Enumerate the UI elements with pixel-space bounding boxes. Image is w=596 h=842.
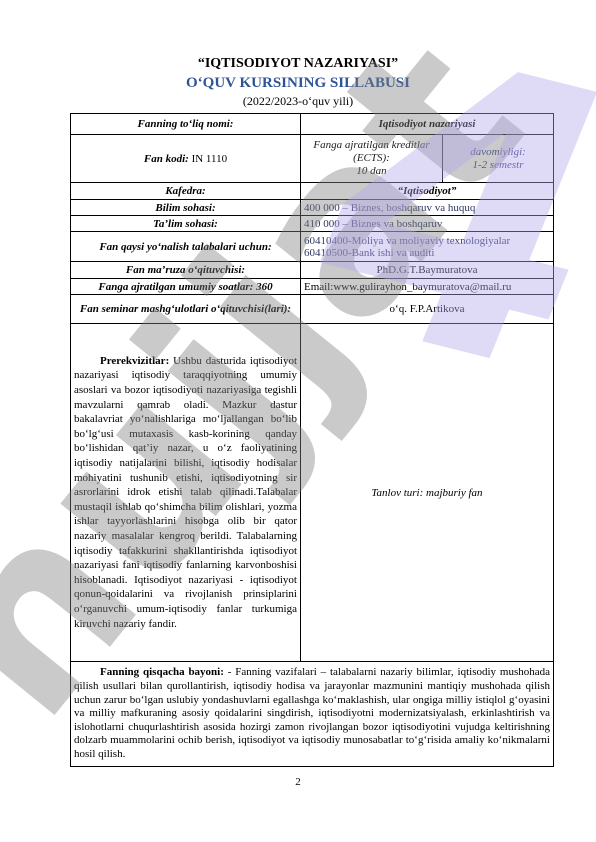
course-summary-cell: Fanning qisqacha bayoni: - Fanning vazif… (71, 662, 554, 767)
table-row: Fan qaysi yo‘nalish talabalari uchun: 60… (71, 232, 554, 262)
course-summary-text: - Fanning vazifalari – talabalarni nazar… (74, 666, 550, 760)
duration-label: davomiyligi: (446, 146, 550, 159)
table-row: Kafedra: “Iqtisodiyot” (71, 183, 554, 200)
table-row: Fan kodi: IN 1110 Fanga ajratilgan kredi… (71, 135, 554, 183)
total-hours-label: Fanga ajratilgan umumiy soatlar: 360 (71, 279, 301, 295)
academic-year: (2022/2023-o‘quv yili) (0, 93, 596, 110)
course-name-value: Iqtisodiyot nazariyasi (301, 114, 554, 135)
course-summary-lead: Fanning qisqacha bayoni: (100, 666, 224, 678)
page-number: 2 (0, 776, 596, 788)
department-label: Kafedra: (71, 183, 301, 200)
syllabus-table: Fanning to‘liq nomi: Iqtisodiyot nazariy… (70, 113, 554, 767)
prerequisites-paragraph: Prerekvizitlar: Ushbu dasturida iqtisodi… (74, 354, 297, 631)
document-header: “IQTISODIYOT NAZARIYASI” O‘QUV KURSINING… (0, 54, 596, 110)
credits-line2: (ECTS): (304, 152, 439, 165)
course-code-value: IN 1110 (192, 153, 228, 165)
department-value: “Iqtisodiyot” (301, 183, 554, 200)
course-name-label: Fanning to‘liq nomi: (71, 114, 301, 135)
prerequisites-cell: Prerekvizitlar: Ushbu dasturida iqtisodi… (71, 324, 301, 662)
seminar-teacher-label: Fan seminar mashg‘ulotlari o‘qituvchisi(… (71, 295, 301, 324)
prerequisites-lead: Prerekvizitlar: (100, 355, 169, 367)
table-row: Fanning qisqacha bayoni: - Fanning vazif… (71, 662, 554, 767)
duration-value: 1-2 semestr (446, 159, 550, 172)
document-page: “IQTISODIYOT NAZARIYASI” O‘QUV KURSINING… (0, 0, 596, 842)
directions-value-cell: 60410400-Moliya va moliyaviy texnologiya… (301, 232, 554, 262)
education-area-value: 410 000 – Biznes va boshqaruv (301, 216, 554, 232)
directions-label: Fan qaysi yo‘nalish talabalari uchun: (71, 232, 301, 262)
credits-line3: 10 dan (304, 165, 439, 178)
table-row: Fanga ajratilgan umumiy soatlar: 360 Ema… (71, 279, 554, 295)
table-row: Prerekvizitlar: Ushbu dasturida iqtisodi… (71, 324, 554, 662)
education-area-label: Ta’lim sohasi: (71, 216, 301, 232)
table-row: Fan seminar mashg‘ulotlari o‘qituvchisi(… (71, 295, 554, 324)
knowledge-area-value: 400 000 – Biznes, boshqaruv va huquq (301, 200, 554, 216)
course-summary-paragraph: Fanning qisqacha bayoni: - Fanning vazif… (74, 666, 550, 761)
document-subtitle: O‘QUV KURSINING SILLABUSI (0, 73, 596, 93)
table-row: Ta’lim sohasi: 410 000 – Biznes va boshq… (71, 216, 554, 232)
lecturer-label: Fan ma’ruza o‘qituvchisi: (71, 262, 301, 279)
table-row: Fanning to‘liq nomi: Iqtisodiyot nazariy… (71, 114, 554, 135)
document-title: “IQTISODIYOT NAZARIYASI” (0, 54, 596, 73)
course-code-cell: Fan kodi: IN 1110 (71, 135, 301, 183)
lecturer-email: Email:www.gulirayhon_baymuratova@mail.ru (301, 279, 554, 295)
table-row: Fan ma’ruza o‘qituvchisi: PhD.G.T.Baymur… (71, 262, 554, 279)
prerequisites-text: Ushbu dasturida iqtisodiyot nazariyasi i… (74, 355, 297, 630)
duration-cell: davomiyligi: 1-2 semestr (443, 135, 554, 183)
lecturer-value: PhD.G.T.Baymuratova (301, 262, 554, 279)
knowledge-area-label: Bilim sohasi: (71, 200, 301, 216)
course-code-label: Fan kodi: (144, 153, 189, 165)
seminar-teacher-value: o‘q. F.P.Artikova (301, 295, 554, 324)
direction-line1: 60410400-Moliya va moliyaviy texnologiya… (304, 235, 550, 247)
elective-type-cell: Tanlov turi: majburiy fan (301, 324, 554, 662)
table-row: Bilim sohasi: 400 000 – Biznes, boshqaru… (71, 200, 554, 216)
credits-cell: Fanga ajratilgan kreditlar (ECTS): 10 da… (301, 135, 443, 183)
direction-line2: 60410500-Bank ishi va auditi (304, 247, 550, 259)
credits-line1: Fanga ajratilgan kreditlar (304, 139, 439, 152)
